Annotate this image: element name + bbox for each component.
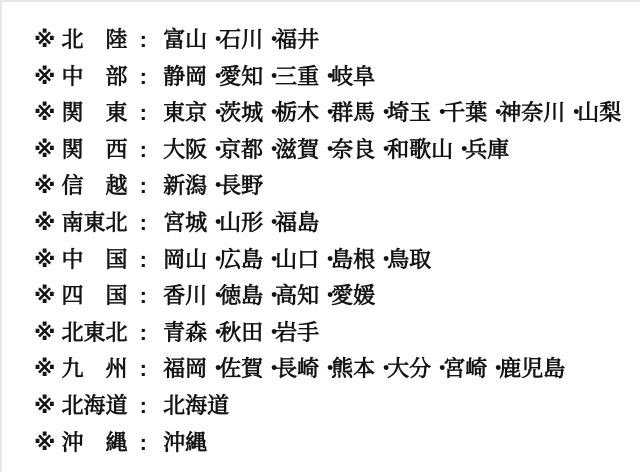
prefecture-name: 秋田 bbox=[219, 320, 263, 345]
colon-separator: : bbox=[140, 278, 147, 315]
reference-mark: ※ bbox=[34, 351, 55, 388]
region-row: ※ 北 陸 : 富山・石川・福井 bbox=[34, 22, 640, 59]
reference-mark: ※ bbox=[34, 205, 55, 242]
prefecture-name: 宮城 bbox=[163, 210, 207, 235]
prefecture-name: 長崎 bbox=[275, 356, 319, 381]
middle-dot-separator: ・ bbox=[319, 59, 331, 96]
region-row: ※ 関 東 : 東京・茨城・栃木・群馬・埼玉・千葉・神奈川・山梨 bbox=[34, 95, 640, 132]
middle-dot-separator: ・ bbox=[263, 132, 275, 169]
prefecture-name: 山口 bbox=[275, 247, 319, 272]
middle-dot-separator: ・ bbox=[375, 132, 387, 169]
prefecture-name: 茨城 bbox=[219, 100, 263, 125]
middle-dot-separator: ・ bbox=[319, 95, 331, 132]
prefecture-name: 大阪 bbox=[163, 137, 207, 162]
middle-dot-separator: ・ bbox=[207, 168, 219, 205]
prefecture-list: 新潟・長野 bbox=[163, 173, 263, 198]
middle-dot-separator: ・ bbox=[431, 95, 443, 132]
region-row: ※ 北東北 : 青森・秋田・岩手 bbox=[34, 315, 640, 352]
region-name: 中 部 bbox=[62, 59, 128, 96]
prefecture-name: 青森 bbox=[163, 320, 207, 345]
prefecture-name: 滋賀 bbox=[275, 137, 319, 162]
middle-dot-separator: ・ bbox=[565, 95, 577, 132]
prefecture-list: 大阪・京都・滋賀・奈良・和歌山・兵庫 bbox=[163, 137, 509, 162]
prefecture-name: 東京 bbox=[163, 100, 207, 125]
prefecture-name: 愛媛 bbox=[331, 283, 375, 308]
prefecture-legend: ※ 北 陸 : 富山・石川・福井 ※ 中 部 : 静岡・愛知・三重・岐阜 ※ 関… bbox=[0, 0, 640, 472]
middle-dot-separator: ・ bbox=[207, 132, 219, 169]
middle-dot-separator: ・ bbox=[207, 351, 219, 388]
region-name: 沖 縄 bbox=[62, 425, 128, 462]
prefecture-name: 石川 bbox=[219, 27, 263, 52]
region-row: ※ 関 西 : 大阪・京都・滋賀・奈良・和歌山・兵庫 bbox=[34, 132, 640, 169]
reference-mark: ※ bbox=[34, 315, 55, 352]
prefecture-name: 山形 bbox=[219, 210, 263, 235]
middle-dot-separator: ・ bbox=[263, 278, 275, 315]
prefecture-name: 岐阜 bbox=[331, 64, 375, 89]
prefecture-name: 岩手 bbox=[275, 320, 319, 345]
region-row: ※ 九 州 : 福岡・佐賀・長崎・熊本・大分・宮崎・鹿児島 bbox=[34, 351, 640, 388]
prefecture-name: 沖縄 bbox=[163, 430, 207, 455]
reference-mark: ※ bbox=[34, 242, 55, 279]
prefecture-name: 宮崎 bbox=[443, 356, 487, 381]
middle-dot-separator: ・ bbox=[263, 315, 275, 352]
middle-dot-separator: ・ bbox=[453, 132, 465, 169]
prefecture-name: 新潟 bbox=[163, 173, 207, 198]
prefecture-list: 香川・徳島・高知・愛媛 bbox=[163, 283, 375, 308]
reference-mark: ※ bbox=[34, 59, 55, 96]
prefecture-name: 鹿児島 bbox=[499, 356, 565, 381]
prefecture-list: 岡山・広島・山口・島根・鳥取 bbox=[163, 247, 431, 272]
region-row: ※ 中 部 : 静岡・愛知・三重・岐阜 bbox=[34, 59, 640, 96]
colon-separator: : bbox=[140, 388, 147, 425]
middle-dot-separator: ・ bbox=[263, 242, 275, 279]
prefecture-name: 徳島 bbox=[219, 283, 263, 308]
middle-dot-separator: ・ bbox=[207, 205, 219, 242]
middle-dot-separator: ・ bbox=[207, 315, 219, 352]
region-name: 北東北 bbox=[62, 315, 128, 352]
prefecture-name: 静岡 bbox=[163, 64, 207, 89]
reference-mark: ※ bbox=[34, 132, 55, 169]
middle-dot-separator: ・ bbox=[487, 95, 499, 132]
prefecture-name: 兵庫 bbox=[465, 137, 509, 162]
middle-dot-separator: ・ bbox=[263, 95, 275, 132]
colon-separator: : bbox=[140, 59, 147, 96]
reference-mark: ※ bbox=[34, 95, 55, 132]
region-row: ※ 信 越 : 新潟・長野 bbox=[34, 168, 640, 205]
prefecture-name: 熊本 bbox=[331, 356, 375, 381]
middle-dot-separator: ・ bbox=[207, 242, 219, 279]
prefecture-name: 群馬 bbox=[331, 100, 375, 125]
middle-dot-separator: ・ bbox=[375, 242, 387, 279]
prefecture-name: 福井 bbox=[275, 27, 319, 52]
middle-dot-separator: ・ bbox=[375, 95, 387, 132]
region-name: 北海道 bbox=[62, 388, 128, 425]
middle-dot-separator: ・ bbox=[375, 351, 387, 388]
reference-mark: ※ bbox=[34, 388, 55, 425]
prefecture-name: 福島 bbox=[275, 210, 319, 235]
region-name: 四 国 bbox=[62, 278, 128, 315]
prefecture-name: 和歌山 bbox=[387, 137, 453, 162]
prefecture-name: 山梨 bbox=[577, 100, 621, 125]
prefecture-name: 富山 bbox=[163, 27, 207, 52]
reference-mark: ※ bbox=[34, 425, 55, 462]
prefecture-list: 青森・秋田・岩手 bbox=[163, 320, 319, 345]
prefecture-list: 沖縄 bbox=[163, 430, 207, 455]
colon-separator: : bbox=[140, 22, 147, 59]
prefecture-name: 広島 bbox=[219, 247, 263, 272]
region-name: 南東北 bbox=[62, 205, 128, 242]
prefecture-name: 三重 bbox=[275, 64, 319, 89]
prefecture-list: 静岡・愛知・三重・岐阜 bbox=[163, 64, 375, 89]
reference-mark: ※ bbox=[34, 22, 55, 59]
middle-dot-separator: ・ bbox=[487, 351, 499, 388]
prefecture-name: 佐賀 bbox=[219, 356, 263, 381]
prefecture-name: 愛知 bbox=[219, 64, 263, 89]
middle-dot-separator: ・ bbox=[207, 95, 219, 132]
middle-dot-separator: ・ bbox=[207, 278, 219, 315]
reference-mark: ※ bbox=[34, 168, 55, 205]
region-row: ※ 中 国 : 岡山・広島・山口・島根・鳥取 bbox=[34, 242, 640, 279]
region-row: ※ 南東北 : 宮城・山形・福島 bbox=[34, 205, 640, 242]
colon-separator: : bbox=[140, 425, 147, 462]
middle-dot-separator: ・ bbox=[319, 242, 331, 279]
prefecture-name: 鳥取 bbox=[387, 247, 431, 272]
region-row: ※ 北海道 : 北海道 bbox=[34, 388, 640, 425]
middle-dot-separator: ・ bbox=[431, 351, 443, 388]
colon-separator: : bbox=[140, 132, 147, 169]
region-name: 中 国 bbox=[62, 242, 128, 279]
prefecture-name: 岡山 bbox=[163, 247, 207, 272]
colon-separator: : bbox=[140, 351, 147, 388]
middle-dot-separator: ・ bbox=[263, 351, 275, 388]
middle-dot-separator: ・ bbox=[319, 351, 331, 388]
prefecture-name: 栃木 bbox=[275, 100, 319, 125]
prefecture-name: 千葉 bbox=[443, 100, 487, 125]
middle-dot-separator: ・ bbox=[319, 278, 331, 315]
colon-separator: : bbox=[140, 95, 147, 132]
region-name: 関 西 bbox=[62, 132, 128, 169]
middle-dot-separator: ・ bbox=[207, 59, 219, 96]
middle-dot-separator: ・ bbox=[263, 59, 275, 96]
prefecture-list: 東京・茨城・栃木・群馬・埼玉・千葉・神奈川・山梨 bbox=[163, 100, 621, 125]
region-name: 関 東 bbox=[62, 95, 128, 132]
region-name: 信 越 bbox=[62, 168, 128, 205]
prefecture-list: 宮城・山形・福島 bbox=[163, 210, 319, 235]
prefecture-name: 長野 bbox=[219, 173, 263, 198]
prefecture-name: 大分 bbox=[387, 356, 431, 381]
prefecture-name: 香川 bbox=[163, 283, 207, 308]
prefecture-name: 埼玉 bbox=[387, 100, 431, 125]
prefecture-list: 福岡・佐賀・長崎・熊本・大分・宮崎・鹿児島 bbox=[163, 356, 565, 381]
prefecture-name: 高知 bbox=[275, 283, 319, 308]
prefecture-name: 奈良 bbox=[331, 137, 375, 162]
middle-dot-separator: ・ bbox=[319, 132, 331, 169]
region-name: 九 州 bbox=[62, 351, 128, 388]
prefecture-name: 神奈川 bbox=[499, 100, 565, 125]
region-row: ※ 四 国 : 香川・徳島・高知・愛媛 bbox=[34, 278, 640, 315]
colon-separator: : bbox=[140, 168, 147, 205]
colon-separator: : bbox=[140, 315, 147, 352]
region-row: ※ 沖 縄 : 沖縄 bbox=[34, 425, 640, 462]
middle-dot-separator: ・ bbox=[263, 205, 275, 242]
colon-separator: : bbox=[140, 242, 147, 279]
prefecture-name: 福岡 bbox=[163, 356, 207, 381]
prefecture-list: 富山・石川・福井 bbox=[163, 27, 319, 52]
prefecture-name: 北海道 bbox=[163, 393, 229, 418]
reference-mark: ※ bbox=[34, 278, 55, 315]
prefecture-list: 北海道 bbox=[163, 393, 229, 418]
region-name: 北 陸 bbox=[62, 22, 128, 59]
prefecture-name: 京都 bbox=[219, 137, 263, 162]
prefecture-name: 島根 bbox=[331, 247, 375, 272]
middle-dot-separator: ・ bbox=[207, 22, 219, 59]
colon-separator: : bbox=[140, 205, 147, 242]
middle-dot-separator: ・ bbox=[263, 22, 275, 59]
